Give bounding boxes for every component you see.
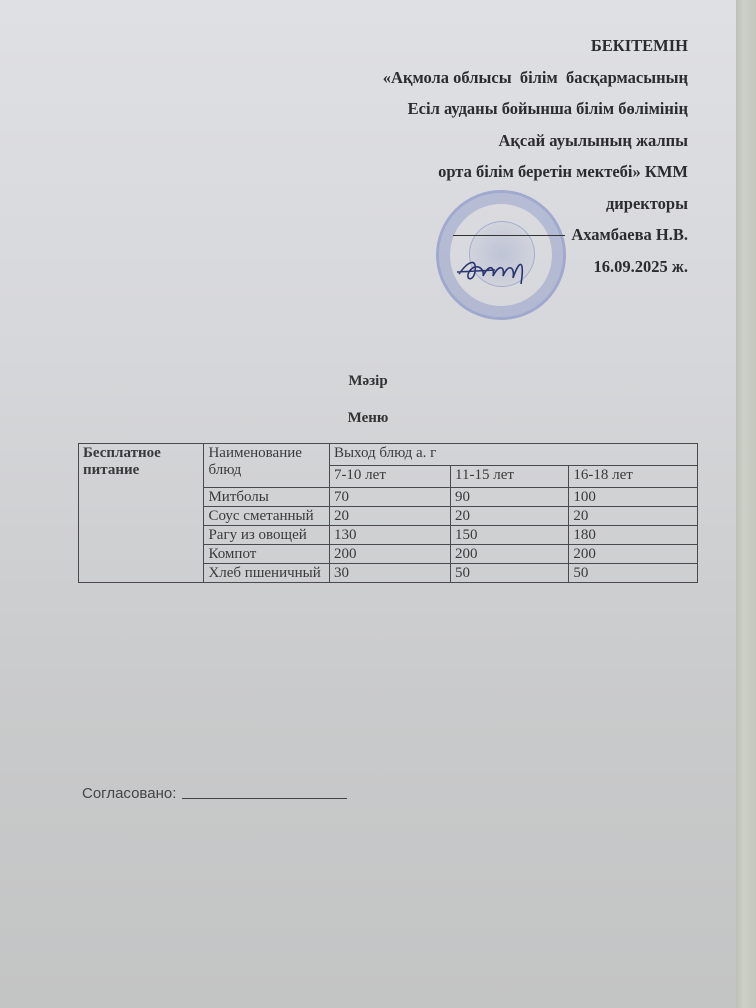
yield-value: 90 [451,488,569,507]
document-page: БЕКІТЕМІН «Ақмола облысы білім басқармас… [0,0,736,1008]
title-kazakh: Мәзір [0,373,736,390]
yield-header: Выход блюд а. г [329,444,697,466]
dish-header: Наименование блюд [204,444,329,488]
dish-name: Хлеб пшеничный [204,564,329,583]
age-group-header: 7-10 лет [329,466,450,488]
title-russian: Меню [0,410,736,427]
agreed-label: Согласовано: [82,785,176,802]
table-header-row: Бесплатное питание Наименование блюд Вых… [79,444,698,466]
approval-line: директоры [383,188,688,220]
handwritten-signature-icon [455,250,545,290]
approval-heading: БЕКІТЕМІН [383,30,688,62]
yield-value: 180 [569,526,698,545]
agreed-block: Согласовано: [82,785,347,802]
yield-value: 200 [451,545,569,564]
dish-name: Соус сметанный [204,507,329,526]
yield-value: 20 [329,507,450,526]
dish-name: Рагу из овощей [204,526,329,545]
dish-name: Компот [204,545,329,564]
yield-value: 50 [451,564,569,583]
approval-line: «Ақмола облысы білім басқармасының [383,62,688,94]
signature-line [453,235,565,236]
yield-value: 150 [451,526,569,545]
yield-value: 200 [569,545,698,564]
background-surface [735,0,756,1008]
approval-line: Есіл ауданы бойынша білім бөлімінің [383,93,688,125]
yield-value: 70 [329,488,450,507]
menu-table: Бесплатное питание Наименование блюд Вых… [78,443,698,583]
approval-block: БЕКІТЕМІН «Ақмола облысы білім басқармас… [383,30,688,282]
category-cell: Бесплатное питание [79,444,204,583]
yield-value: 30 [329,564,450,583]
approval-line: орта білім беретін мектебі» КММ [383,156,688,188]
approval-line: Ақсай ауылының жалпы [383,125,688,157]
agreed-signature-line [182,798,347,799]
yield-value: 130 [329,526,450,545]
yield-value: 20 [451,507,569,526]
yield-value: 20 [569,507,698,526]
signatory-row: Ахамбаева Н.В. [383,219,688,251]
dish-name: Митболы [204,488,329,507]
yield-value: 200 [329,545,450,564]
yield-value: 100 [569,488,698,507]
age-group-header: 11-15 лет [451,466,569,488]
yield-value: 50 [569,564,698,583]
age-group-header: 16-18 лет [569,466,698,488]
signatory-name: Ахамбаева Н.В. [571,225,688,244]
